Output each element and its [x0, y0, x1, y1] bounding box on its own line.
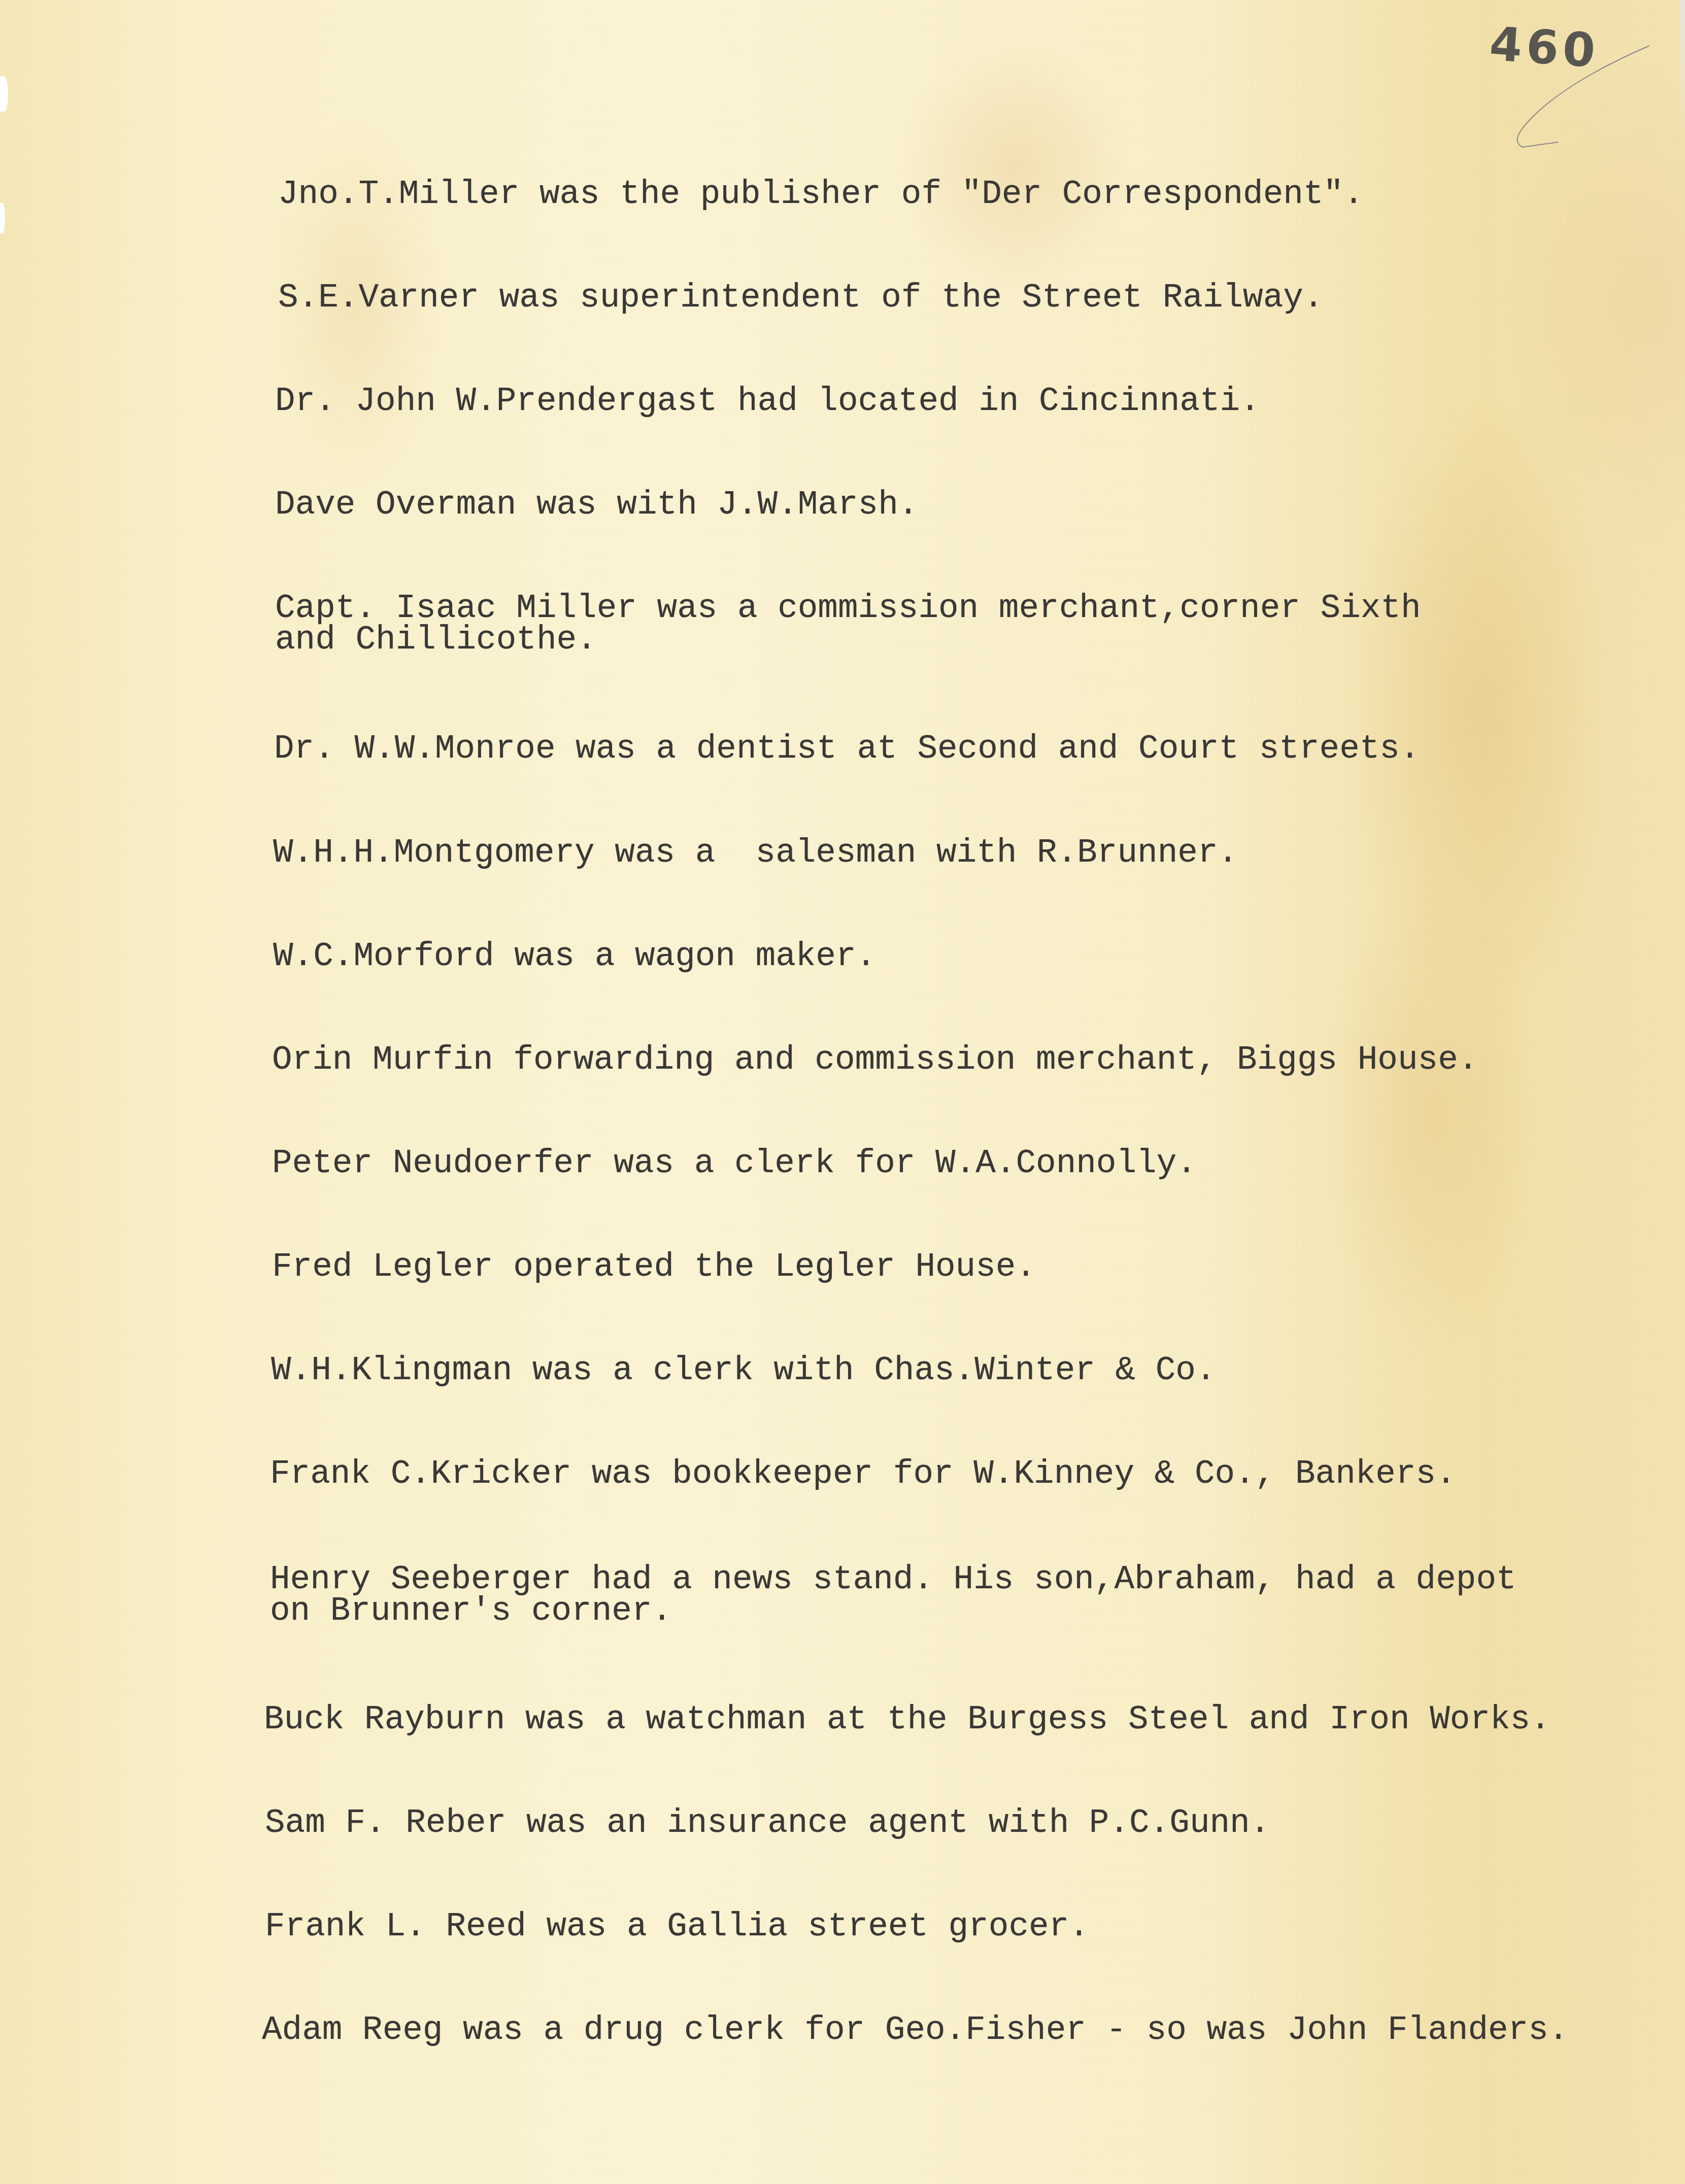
entry-line: S.E.Varner was superintendent of the Str…: [278, 282, 1324, 314]
entry-line: Dave Overman was with J.W.Marsh.: [275, 489, 918, 521]
entry-line: Frank C.Kricker was bookkeeper for W.Kin…: [270, 1458, 1456, 1490]
entry-line-continued: and Chillicothe.: [275, 624, 597, 656]
typed-entries-list: Jno.T.Miller was the publisher of "Der C…: [0, 0, 1685, 2184]
entry-line: Capt. Isaac Miller was a commission merc…: [275, 593, 1421, 624]
entry-line: Dr. John W.Prendergast had located in Ci…: [275, 386, 1260, 417]
entry-line-continued: on Brunner's corner.: [270, 1595, 672, 1627]
entry-line: W.H.Klingman was a clerk with Chas.Winte…: [271, 1355, 1216, 1386]
entry-line: Adam Reeg was a drug clerk for Geo.Fishe…: [262, 2015, 1568, 2046]
entry-line: Peter Neudoerfer was a clerk for W.A.Con…: [272, 1148, 1197, 1179]
entry-line: Frank L. Reed was a Gallia street grocer…: [265, 1911, 1089, 1942]
entry-line: Dr. W.W.Monroe was a dentist at Second a…: [274, 733, 1420, 765]
entry-line: W.H.H.Montgomery was a salesman with R.B…: [273, 837, 1238, 869]
entry-line: Sam F. Reber was an insurance agent with…: [265, 1807, 1270, 1839]
entry-line: Orin Murfin forwarding and commission me…: [272, 1044, 1478, 1076]
entry-line: Fred Legler operated the Legler House.: [272, 1251, 1036, 1283]
entry-line: Buck Rayburn was a watchman at the Burge…: [264, 1704, 1551, 1735]
entry-line: Jno.T.Miller was the publisher of "Der C…: [278, 179, 1364, 210]
entry-line: W.C.Morford was a wagon maker.: [273, 941, 876, 972]
entry-line: Henry Seeberger had a news stand. His so…: [270, 1564, 1516, 1595]
